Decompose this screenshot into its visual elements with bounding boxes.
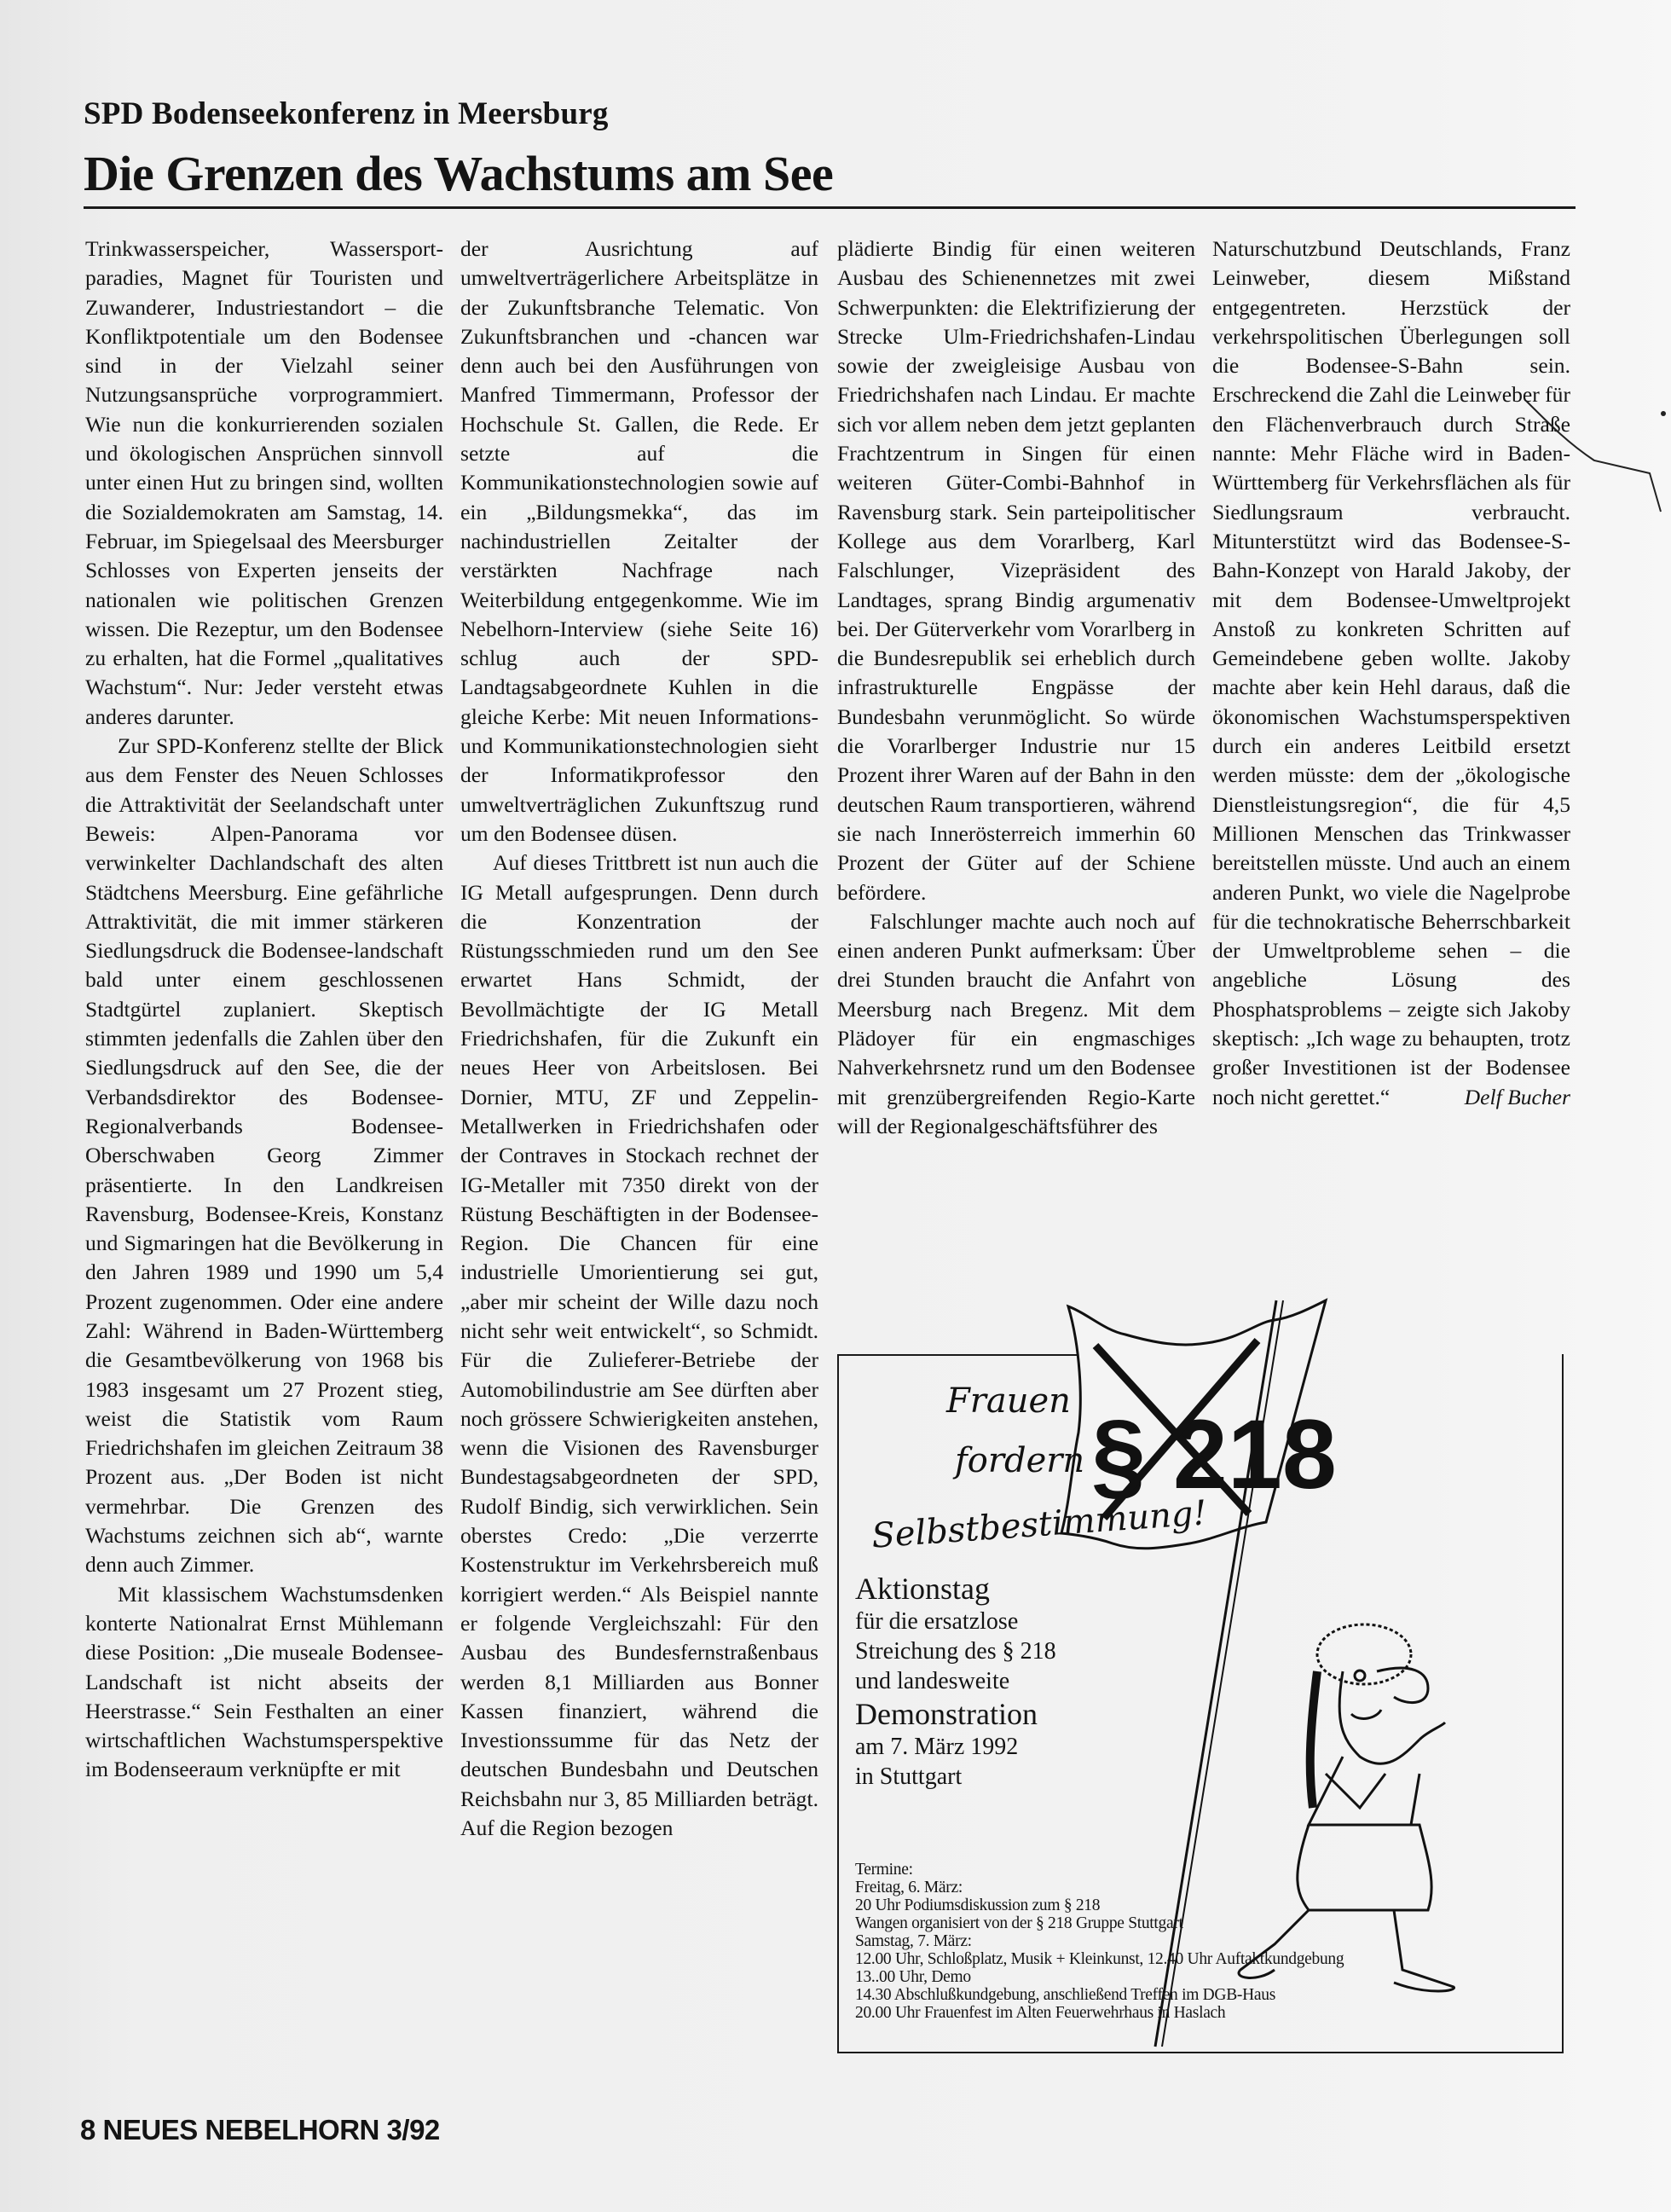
ad-line: Streichung des § 218 [855, 1636, 1056, 1666]
paragraph: Auf dieses Trittbrett ist nun auch die I… [460, 848, 818, 1843]
ad-demo-heading: Demonstration [855, 1696, 1056, 1732]
article-column-1: Trinkwasserspeicher, Wassersport­paradie… [85, 235, 443, 1785]
article-kicker: SPD Bodenseekonferenz in Meersburg [84, 96, 609, 132]
ad-title: Aktionstag [855, 1571, 1056, 1607]
schedule-line: 14.30 Abschlußkundgebung, anschließend T… [855, 1986, 1344, 2004]
ad-date: am 7. März 1992 [855, 1732, 1056, 1762]
paragraph-text: Naturschutzbund Deutschlands, Franz Lein… [1212, 236, 1570, 1109]
schedule-line: 13..00 Uhr, Demo [855, 1968, 1344, 1986]
schedule-line: 20.00 Uhr Frauenfest im Alten Feuerwehrh… [855, 2004, 1344, 2022]
ad-handwritten-line-1: Frauen [946, 1381, 1071, 1421]
schedule-line: Freitag, 6. März: [855, 1879, 1344, 1896]
schedule-line: 20 Uhr Podiumsdiskussion zum § 218 [855, 1896, 1344, 1914]
paragraph: Mit klassischem Wachstums­denken kontert… [85, 1580, 443, 1785]
paper-tear-mark [1518, 324, 1671, 580]
article-headline: Die Grenzen des Wachstums am See [84, 145, 833, 202]
ad-line: für die ersatzlose [855, 1607, 1056, 1636]
schedule-line: Wangen organisiert von der § 218 Gruppe … [855, 1914, 1344, 1932]
paragraph: Trinkwasserspeicher, Wassersport­paradie… [85, 235, 443, 732]
paragraph: Zur SPD-Konferenz stellte der Blick aus … [85, 732, 443, 1580]
headline-rule [84, 206, 1576, 209]
ad-line: und landesweite [855, 1666, 1056, 1696]
ad-schedule: Termine: Freitag, 6. März: 20 Uhr Podium… [855, 1861, 1344, 2022]
page-footer: 8 NEUES NEBELHORN 3/92 [80, 2114, 440, 2146]
schedule-line: 12.00 Uhr, Schloßplatz, Musik + Kleinkun… [855, 1950, 1344, 1968]
article-column-4: Naturschutzbund Deutschlands, Franz Lein… [1212, 235, 1570, 1112]
paragraph: plädierte Bindig für einen weiteren Ausb… [837, 235, 1195, 907]
article-column-3: plädierte Bindig für einen weiteren Ausb… [837, 235, 1195, 1141]
paragraph: Naturschutzbund Deutschlands, Franz Lein… [1212, 235, 1570, 1112]
article-column-2: der Ausrichtung auf umweltverträgerliche… [460, 235, 818, 1843]
newspaper-page: SPD Bodenseekonferenz in Meersburg Die G… [0, 0, 1671, 2212]
ad-handwritten-line-2: fordern [955, 1441, 1084, 1480]
author-byline: Delf Bucher [1465, 1083, 1570, 1112]
schedule-line: Termine: [855, 1861, 1344, 1879]
schedule-line: Samstag, 7. März: [855, 1932, 1344, 1950]
paragraph: Falschlunger machte auch noch auf einen … [837, 907, 1195, 1141]
ad-place: in Stuttgart [855, 1762, 1056, 1792]
ad-main-text: Aktionstag für die ersatzlose Streichung… [855, 1571, 1056, 1792]
paragraph: der Ausrichtung auf umweltverträgerliche… [460, 235, 818, 848]
